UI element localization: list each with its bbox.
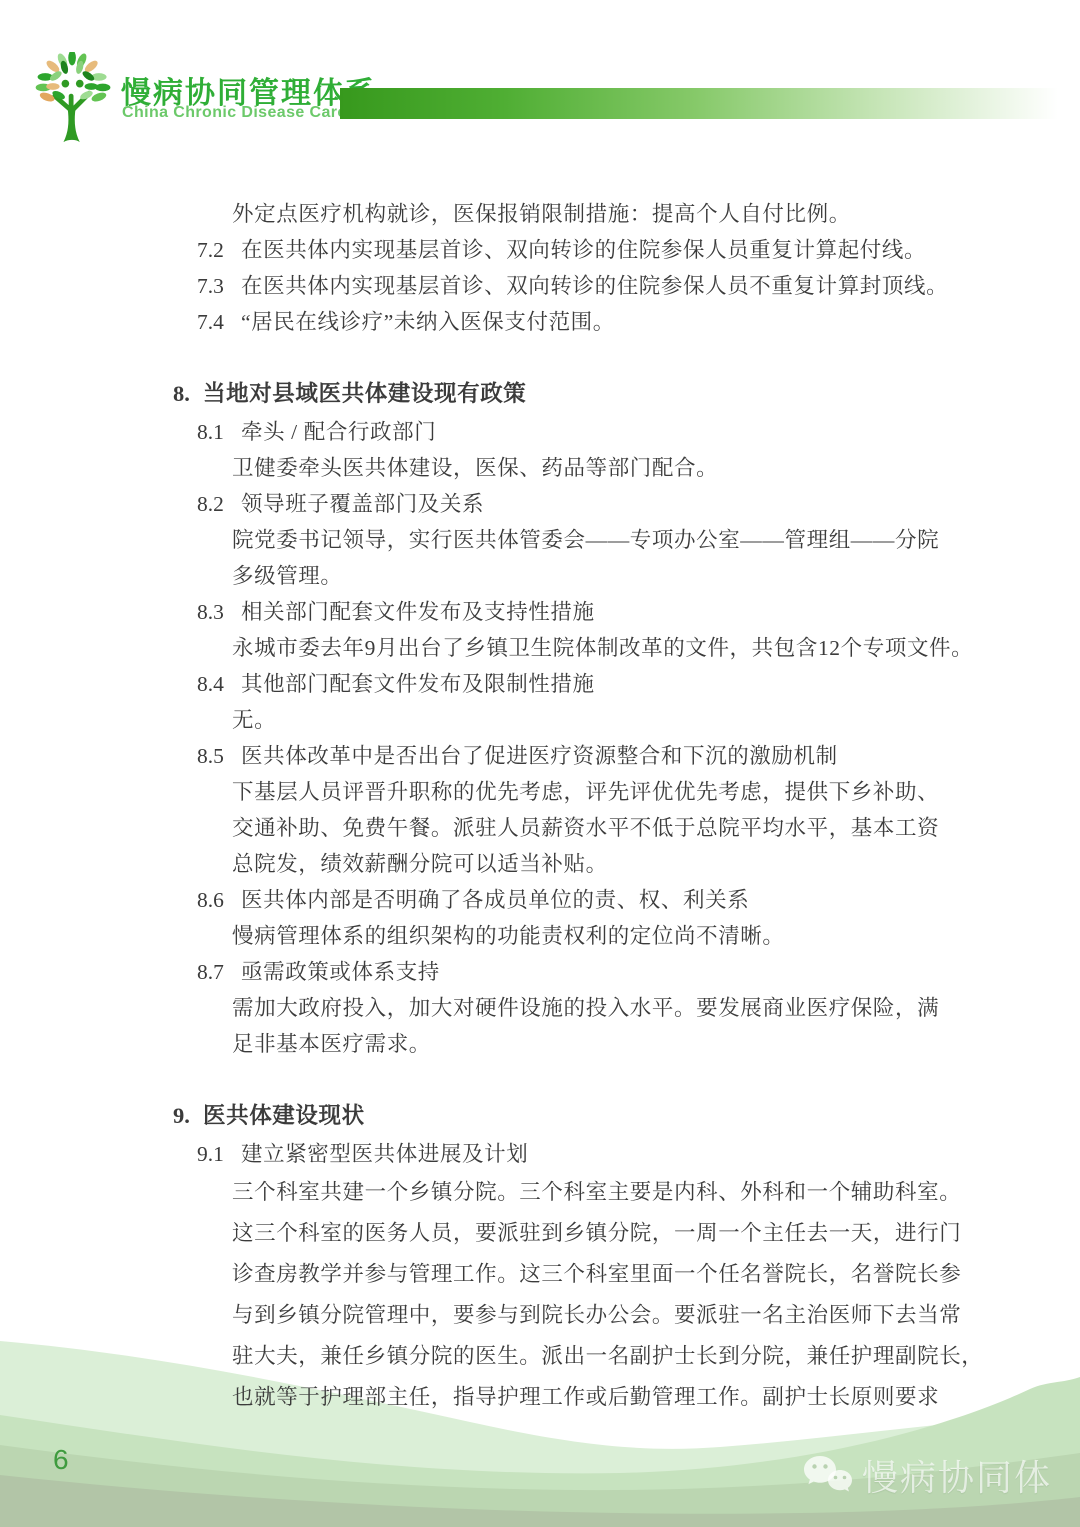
section-9-heading: 9.医共体建设现状 xyxy=(0,1096,1080,1136)
item-number: 8.3 xyxy=(197,594,241,630)
paragraph-line: 交通补助、免费午餐。派驻人员薪资水平不低于总院平均水平，基本工资 xyxy=(0,810,1080,846)
header-accent-bar xyxy=(340,88,1080,119)
paragraph-line: 永城市委去年9月出台了乡镇卫生院体制改革的文件，共包含12个专项文件。 xyxy=(0,630,1080,666)
paragraph-line: 这三个科室的医务人员，要派驻到乡镇分院，一周一个主任去一天，进行门 xyxy=(0,1213,1080,1254)
paragraph-line: 驻大夫，兼任乡镇分院的医生。派出一名副护士长到分院，兼任护理副院长， xyxy=(0,1336,1080,1377)
item-number: 8.7 xyxy=(197,954,241,990)
footer-brand-label: 慢病协同体 xyxy=(862,1450,1052,1501)
paragraph-line: 无。 xyxy=(0,702,1080,738)
list-item-8-3: 8.3相关部门配套文件发布及支持性措施 xyxy=(0,594,1080,630)
brand-subtitle: China Chronic Disease Care xyxy=(122,104,347,122)
item-text: 在医共体内实现基层首诊、双向转诊的住院参保人员不重复计算封顶线。 xyxy=(241,274,948,298)
item-number: 8.1 xyxy=(197,414,241,450)
item-title: 医共体内部是否明确了各成员单位的责、权、利关系 xyxy=(241,888,749,912)
list-item-8-5: 8.5医共体改革中是否出台了促进医疗资源整合和下沉的激励机制 xyxy=(0,738,1080,774)
section-number: 9. xyxy=(173,1096,203,1136)
footer-brand: 慢病协同体 xyxy=(802,1450,1052,1501)
item-number: 7.2 xyxy=(197,232,241,268)
document-page: 慢病协同管理体系 China Chronic Disease Care 外定点医… xyxy=(0,0,1080,1527)
item-title: 亟需政策或体系支持 xyxy=(241,960,440,984)
tree-logo-icon xyxy=(34,52,114,144)
item-title: 其他部门配套文件发布及限制性措施 xyxy=(241,672,595,696)
item-title: 牵头 / 配合行政部门 xyxy=(241,420,436,444)
paragraph-line: 下基层人员评晋升职称的优先考虑，评先评优优先考虑，提供下乡补助、 xyxy=(0,774,1080,810)
paragraph-line: 院党委书记领导，实行医共体管委会——专项办公室——管理组——分院 xyxy=(0,522,1080,558)
wechat-icon xyxy=(802,1454,854,1498)
paragraph-line: 多级管理。 xyxy=(0,558,1080,594)
section-number: 8. xyxy=(173,374,203,414)
page-number: 6 xyxy=(53,1444,69,1476)
list-item-7-4: 7.4“居民在线诊疗”未纳入医保支付范围。 xyxy=(0,304,1080,340)
list-item-8-7: 8.7亟需政策或体系支持 xyxy=(0,954,1080,990)
paragraph-line: 总院发，绩效薪酬分院可以适当补贴。 xyxy=(0,846,1080,882)
list-item-8-1: 8.1牵头 / 配合行政部门 xyxy=(0,414,1080,450)
item-text: “居民在线诊疗”未纳入医保支付范围。 xyxy=(241,310,615,334)
section-8-heading: 8.当地对县域医共体建设现有政策 xyxy=(0,374,1080,414)
section-title: 当地对县域医共体建设现有政策 xyxy=(203,381,526,406)
item-title: 领导班子覆盖部门及关系 xyxy=(241,492,484,516)
list-item-7-3: 7.3在医共体内实现基层首诊、双向转诊的住院参保人员不重复计算封顶线。 xyxy=(0,268,1080,304)
document-body: 外定点医疗机构就诊，医保报销限制措施：提高个人自付比例。 7.2在医共体内实现基… xyxy=(0,196,1080,1418)
paragraph-line: 也就等于护理部主任，指导护理工作或后勤管理工作。副护士长原则要求 xyxy=(0,1377,1080,1418)
list-item-8-4: 8.4其他部门配套文件发布及限制性措施 xyxy=(0,666,1080,702)
item-number: 8.5 xyxy=(197,738,241,774)
item-number: 9.1 xyxy=(197,1136,241,1172)
list-item-9-1: 9.1建立紧密型医共体进展及计划 xyxy=(0,1136,1080,1172)
paragraph-line: 与到乡镇分院管理中，要参与到院长办公会。要派驻一名主治医师下去当常 xyxy=(0,1295,1080,1336)
paragraph-line: 需加大政府投入，加大对硬件设施的投入水平。要发展商业医疗保险，满 xyxy=(0,990,1080,1026)
item-number: 7.4 xyxy=(197,304,241,340)
list-item-8-2: 8.2领导班子覆盖部门及关系 xyxy=(0,486,1080,522)
item-text: 在医共体内实现基层首诊、双向转诊的住院参保人员重复计算起付线。 xyxy=(241,238,926,262)
paragraph-line: 卫健委牵头医共体建设，医保、药品等部门配合。 xyxy=(0,450,1080,486)
brand-logo xyxy=(34,52,114,144)
list-item-7-2: 7.2在医共体内实现基层首诊、双向转诊的住院参保人员重复计算起付线。 xyxy=(0,232,1080,268)
paragraph-line: 外定点医疗机构就诊，医保报销限制措施：提高个人自付比例。 xyxy=(0,196,1080,232)
paragraph-line: 慢病管理体系的组织架构的功能责权利的定位尚不清晰。 xyxy=(0,918,1080,954)
item-number: 8.4 xyxy=(197,666,241,702)
list-item-8-6: 8.6医共体内部是否明确了各成员单位的责、权、利关系 xyxy=(0,882,1080,918)
paragraph-line: 诊查房教学并参与管理工作。这三个科室里面一个任名誉院长，名誉院长参 xyxy=(0,1254,1080,1295)
item-title: 相关部门配套文件发布及支持性措施 xyxy=(241,600,595,624)
paragraph-line: 三个科室共建一个乡镇分院。三个科室主要是内科、外科和一个辅助科室。 xyxy=(0,1172,1080,1213)
item-number: 8.2 xyxy=(197,486,241,522)
section-title: 医共体建设现状 xyxy=(203,1103,365,1128)
item-title: 建立紧密型医共体进展及计划 xyxy=(241,1142,528,1166)
item-number: 8.6 xyxy=(197,882,241,918)
item-number: 7.3 xyxy=(197,268,241,304)
paragraph-line: 足非基本医疗需求。 xyxy=(0,1026,1080,1062)
item-title: 医共体改革中是否出台了促进医疗资源整合和下沉的激励机制 xyxy=(241,744,838,768)
